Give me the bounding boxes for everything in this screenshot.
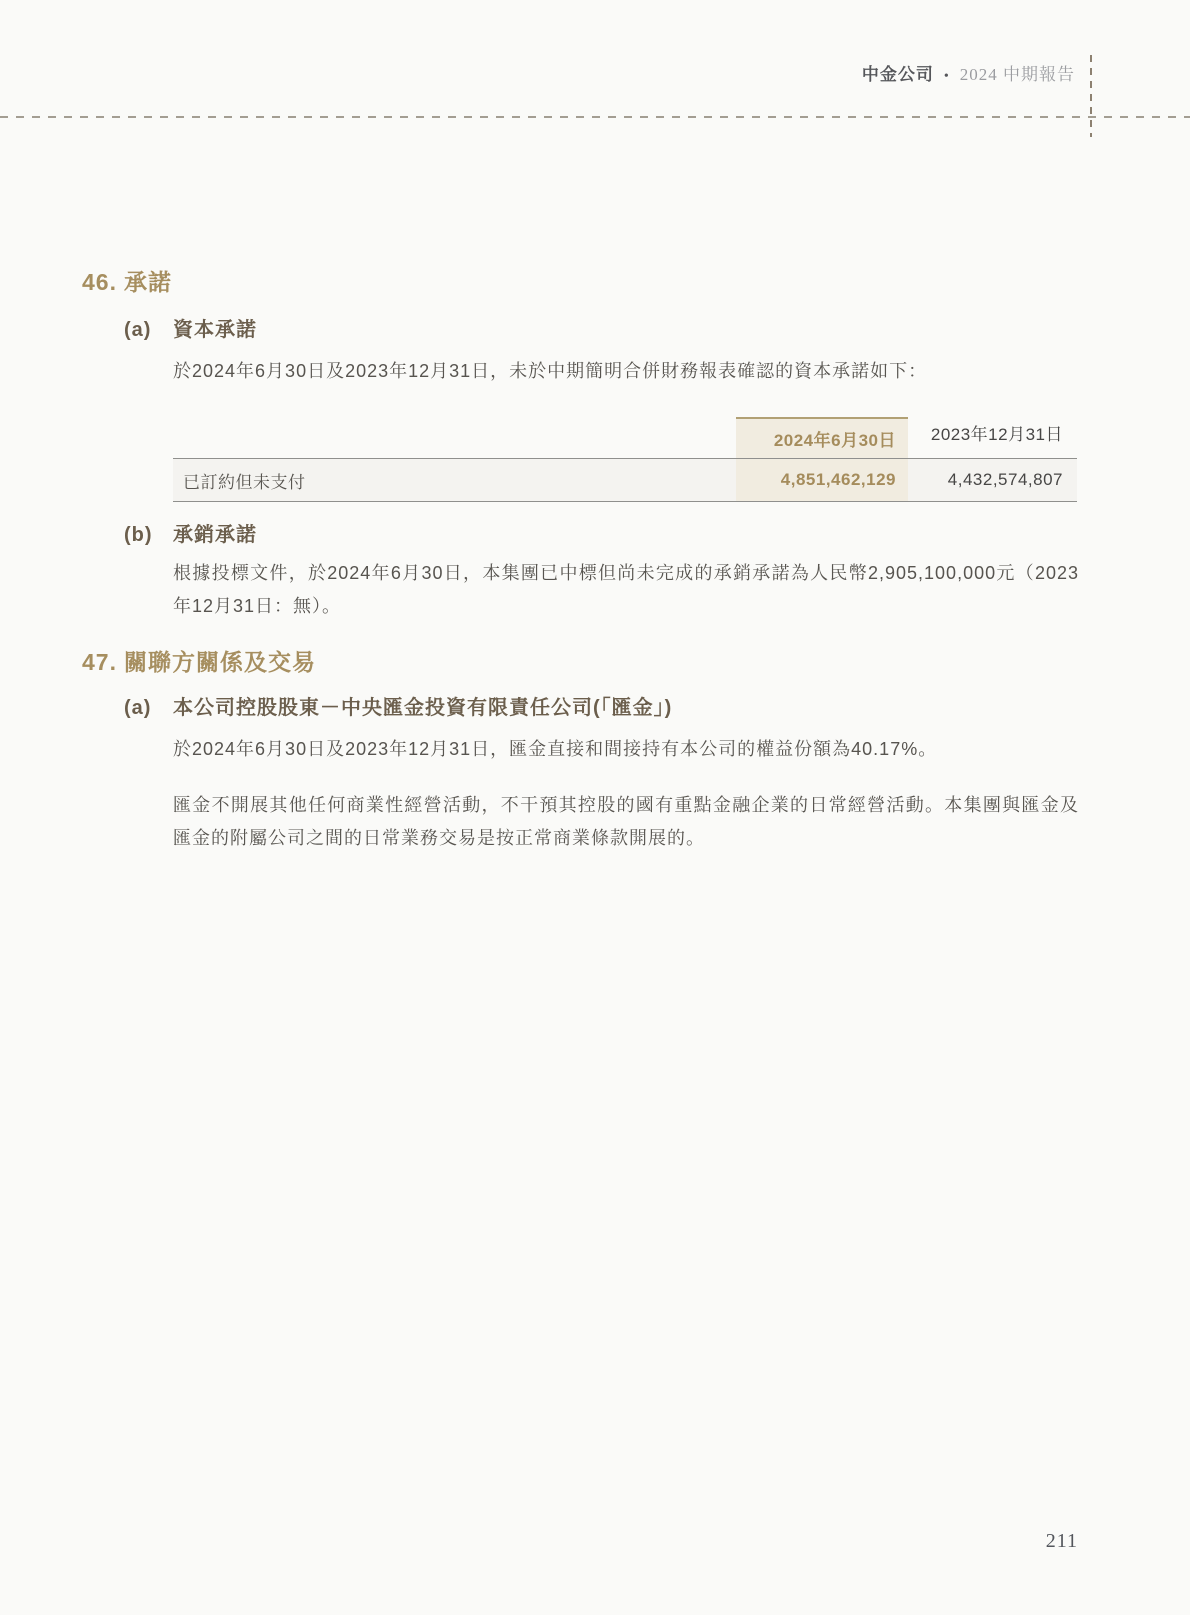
capital-commitments-intro: 於2024年6月30日及2023年12月31日，未於中期簡明合併財務報表確認的資… [173, 355, 1079, 388]
underwriting-commitments-paragraph: 根據投標文件，於2024年6月30日，本集團已中標但尚未完成的承銷承諾為人民幣2… [173, 557, 1079, 623]
subsection-label: (b) [124, 524, 173, 547]
section-title: 承諾 [124, 269, 172, 295]
header-dashed-rule [0, 116, 1190, 118]
table-header-current-period: 2024年6月30日 [736, 417, 908, 458]
report-title: 2024 中期報告 [960, 65, 1075, 84]
subsection-title: 本公司控股股東－中央匯金投資有限責任公司(「匯金」) [173, 697, 672, 719]
page-number: 211 [1046, 1530, 1078, 1553]
capital-commitments-table: 2024年6月30日 2023年12月31日 已訂約但未支付 4,851,462… [173, 406, 1077, 502]
table-header-spacer [173, 406, 736, 458]
table-header-row: 2024年6月30日 2023年12月31日 [173, 406, 1077, 458]
row-label: 已訂約但未支付 [173, 459, 736, 501]
table-header-prior-period: 2023年12月31日 [908, 406, 1077, 458]
shareholding-paragraph: 於2024年6月30日及2023年12月31日，匯金直接和間接持有本公司的權益份… [173, 733, 1079, 766]
section-46-heading: 46.承諾 [82, 264, 172, 297]
subsection-46b-heading: (b)承銷承諾 [124, 518, 257, 547]
table-row: 已訂約但未支付 4,851,462,129 4,432,574,807 [173, 458, 1077, 502]
brand-name: 中金公司 [862, 65, 934, 84]
subsection-label: (a) [124, 697, 173, 720]
subsection-title: 承銷承諾 [173, 524, 257, 546]
bullet-separator-icon: • [944, 69, 950, 84]
controlling-shareholder-heading: (a)本公司控股股東－中央匯金投資有限責任公司(「匯金」) [124, 691, 672, 720]
subsection-label: (a) [124, 319, 173, 342]
corner-dashed-rule [1090, 55, 1092, 137]
row-value-current: 4,851,462,129 [736, 459, 908, 501]
business-activity-paragraph: 匯金不開展其他任何商業性經營活動，不干預其控股的國有重點金融企業的日常經營活動。… [173, 789, 1079, 855]
section-number: 46. [82, 269, 124, 296]
section-number: 47. [82, 649, 124, 676]
section-title: 關聯方關係及交易 [124, 649, 316, 675]
row-value-prior: 4,432,574,807 [908, 459, 1077, 501]
report-page: 中金公司•2024 中期報告 46.承諾 (a)資本承諾 於2024年6月30日… [0, 0, 1190, 1615]
subsection-46a-heading: (a)資本承諾 [124, 313, 257, 342]
page-header: 中金公司•2024 中期報告 [862, 60, 1075, 85]
subsection-title: 資本承諾 [173, 319, 257, 341]
section-47-heading: 47.關聯方關係及交易 [82, 644, 316, 677]
